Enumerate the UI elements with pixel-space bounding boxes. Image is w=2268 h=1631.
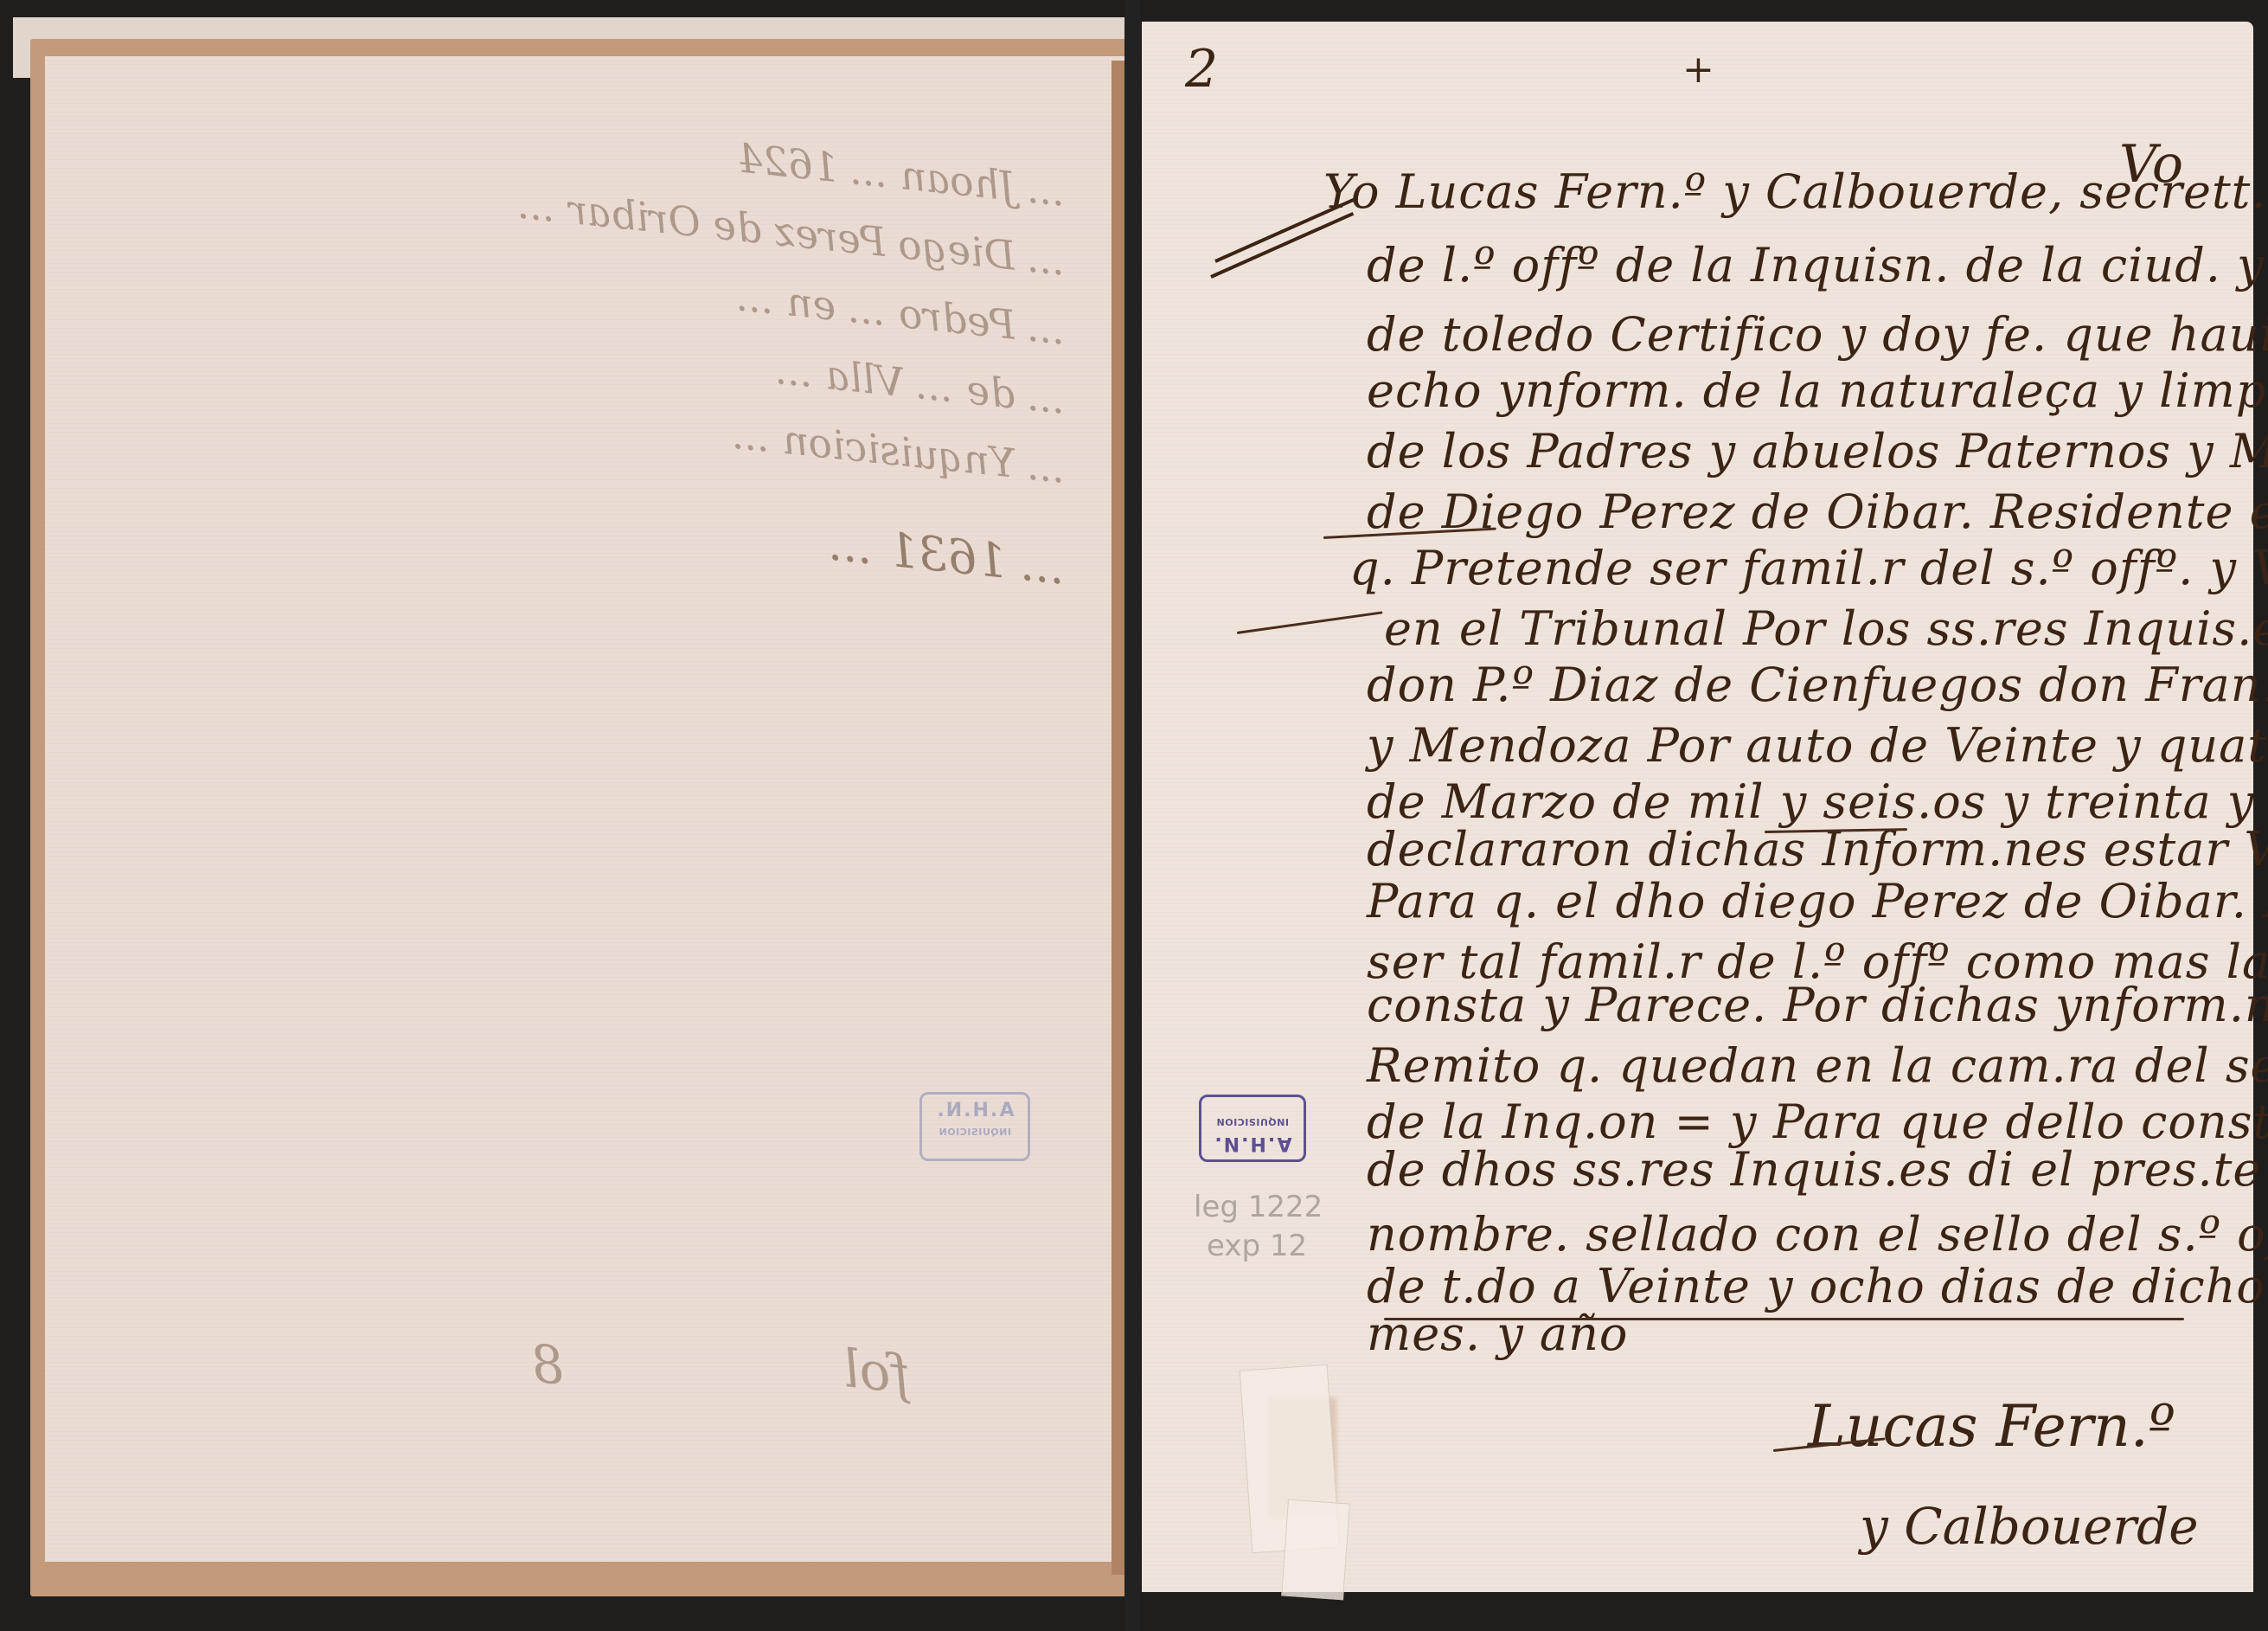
pencil-archive-note: exp 12 — [1207, 1229, 1307, 1263]
text-line: de Diego Perez de Oibar. Residente en In… — [1367, 485, 2268, 539]
signature-line: y Calbouerde — [1860, 1497, 2199, 1556]
stamp-text: INQUISICION — [922, 1127, 1028, 1138]
archive-stamp: A.H.N. INQUISICION — [1199, 1095, 1306, 1162]
paper-repair — [1281, 1499, 1350, 1601]
bleed-through-signatures: ... 1631 ... — [826, 516, 1068, 594]
bleed-through-line: ... de ... Vlla ... — [773, 346, 1068, 423]
bleed-through-line: ... Jhoan ... 1624 — [735, 134, 1068, 215]
left-leaf-edge — [1112, 61, 1125, 1575]
text-line: Para q. el dho diego Perez de Oibar. Pue… — [1367, 874, 2268, 928]
bleed-through-line: ... Pedro ... en ... — [734, 273, 1068, 354]
bleed-through-mark: fol — [840, 1339, 913, 1406]
text-line: consta y Parece. Por dichas ynform.nes a… — [1367, 978, 2268, 1032]
signature-line: Lucas Fern.º — [1808, 1393, 2175, 1460]
stamp-text: A.H.N. — [1201, 1133, 1304, 1154]
closing-rule — [1384, 1318, 2184, 1320]
text-line: y Mendoza Por auto de Veinte y quatro — [1367, 718, 2268, 773]
archive-stamp-bleed: A.H.N. INQUISICION — [919, 1092, 1030, 1161]
text-line: q. Pretende ser famil.r del s.º offº. y … — [1349, 541, 2268, 595]
text-line: mes. y año — [1367, 1307, 1628, 1361]
text-line: de la Inq.on = y Para que dello conste P… — [1367, 1095, 2268, 1149]
text-line: de Marzo de mil y seis.os y treinta y un… — [1367, 774, 2268, 829]
cross-mark: + — [1682, 48, 1714, 92]
text-line: echo ynform. de la naturaleça y limpieça — [1367, 363, 2268, 418]
pencil-archive-note: leg 1222 — [1194, 1190, 1323, 1224]
text-line: de l.º offº de la Inquisn. de la ciud. y… — [1367, 238, 2268, 292]
text-line: Yo Lucas Fern.º y Calbouerde, secrett.º — [1323, 164, 2268, 219]
text-line: de toledo Certifico y doy fe. que hauien… — [1367, 307, 2268, 362]
text-line: Remito q. quedan en la cam.ra del secret… — [1367, 1038, 2268, 1093]
text-line: de los Padres y abuelos Paternos y Mater… — [1367, 424, 2268, 478]
stamp-text: INQUISICION — [1201, 1116, 1304, 1127]
binding-gutter — [1124, 0, 1140, 1631]
text-line: de dhos ss.res Inquis.es di el pres.te f… — [1367, 1142, 2268, 1197]
folio-number: 2 — [1185, 39, 1218, 100]
text-line: nombre. sellado con el sello del s.º off… — [1367, 1207, 2268, 1262]
text-line: de t.do a Veinte y ocho dias de dicho — [1367, 1259, 2265, 1313]
text-line: don P.º Diaz de Cienfuegos don Fran.co C… — [1367, 658, 2268, 712]
bleed-through-mark: 8 — [528, 1333, 567, 1397]
stamp-text: A.H.N. — [922, 1100, 1028, 1121]
bleed-through-line: ... Ynquisicion ... — [730, 411, 1067, 492]
text-line: en el Tribunal Por los ss.res Inquis.es … — [1384, 601, 2268, 656]
left-page: ... Jhoan ... 1624 ... Diego Perez de Or… — [45, 56, 1126, 1562]
